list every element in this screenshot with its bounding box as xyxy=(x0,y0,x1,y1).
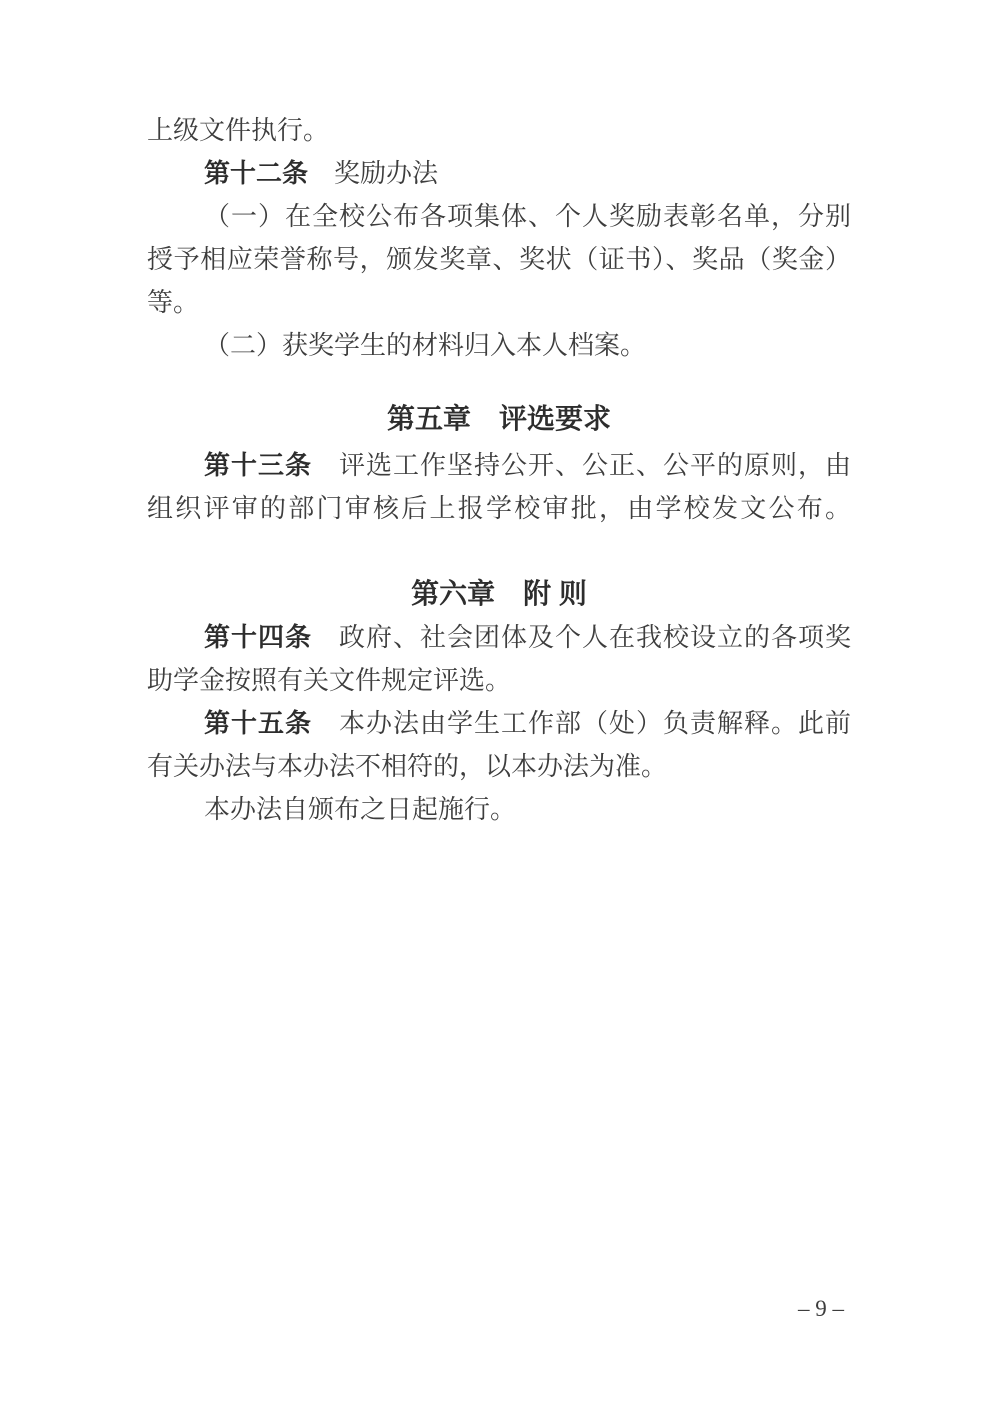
chapter-heading: 第六章 附 则 xyxy=(147,572,851,615)
text-line: （一）在全校公布各项集体、个人奖励表彰名单，分别 xyxy=(147,195,851,238)
article-paragraph-line: 第十五条 本办法由学生工作部（处）负责解释。此前 xyxy=(147,702,851,745)
article-paragraph-line: 第十四条 政府、社会团体及个人在我校设立的各项奖 xyxy=(147,616,851,659)
page-number: – 9 – xyxy=(766,1295,876,1323)
text-line: 本办法自颁布之日起施行。 xyxy=(147,788,851,831)
document-page: 上级文件执行。 第十二条 奖励办法 （一）在全校公布各项集体、个人奖励表彰名单，… xyxy=(0,0,1000,1415)
article-paragraph-line: 第十三条 评选工作坚持公开、公正、公平的原则，由 xyxy=(147,444,851,487)
text-line: 有关办法与本办法不相符的，以本办法为准。 xyxy=(147,745,851,788)
article-number: 第十四条 xyxy=(204,622,312,652)
article-title: 奖励办法 xyxy=(308,159,438,188)
article-number: 第十二条 xyxy=(204,158,308,188)
text-line: 授予相应荣誉称号，颁发奖章、奖状（证书）、奖品（奖金） xyxy=(147,238,851,281)
article-text: 本办法由学生工作部（处）负责解释。此前 xyxy=(312,709,851,738)
article-number: 第十五条 xyxy=(204,708,312,738)
text-line: 等。 xyxy=(147,281,851,324)
text-line: （二）获奖学生的材料归入本人档案。 xyxy=(147,324,851,367)
text-line: 上级文件执行。 xyxy=(147,109,851,152)
text-line: 助学金按照有关文件规定评选。 xyxy=(147,659,851,702)
article-text: 评选工作坚持公开、公正、公平的原则，由 xyxy=(312,451,851,480)
text-line: 组织评审的部门审核后上报学校审批，由学校发文公布。 xyxy=(147,487,851,530)
chapter-heading: 第五章 评选要求 xyxy=(147,397,851,440)
article-heading-line: 第十二条 奖励办法 xyxy=(147,152,851,195)
article-text: 政府、社会团体及个人在我校设立的各项奖 xyxy=(312,623,851,652)
article-number: 第十三条 xyxy=(204,450,312,480)
